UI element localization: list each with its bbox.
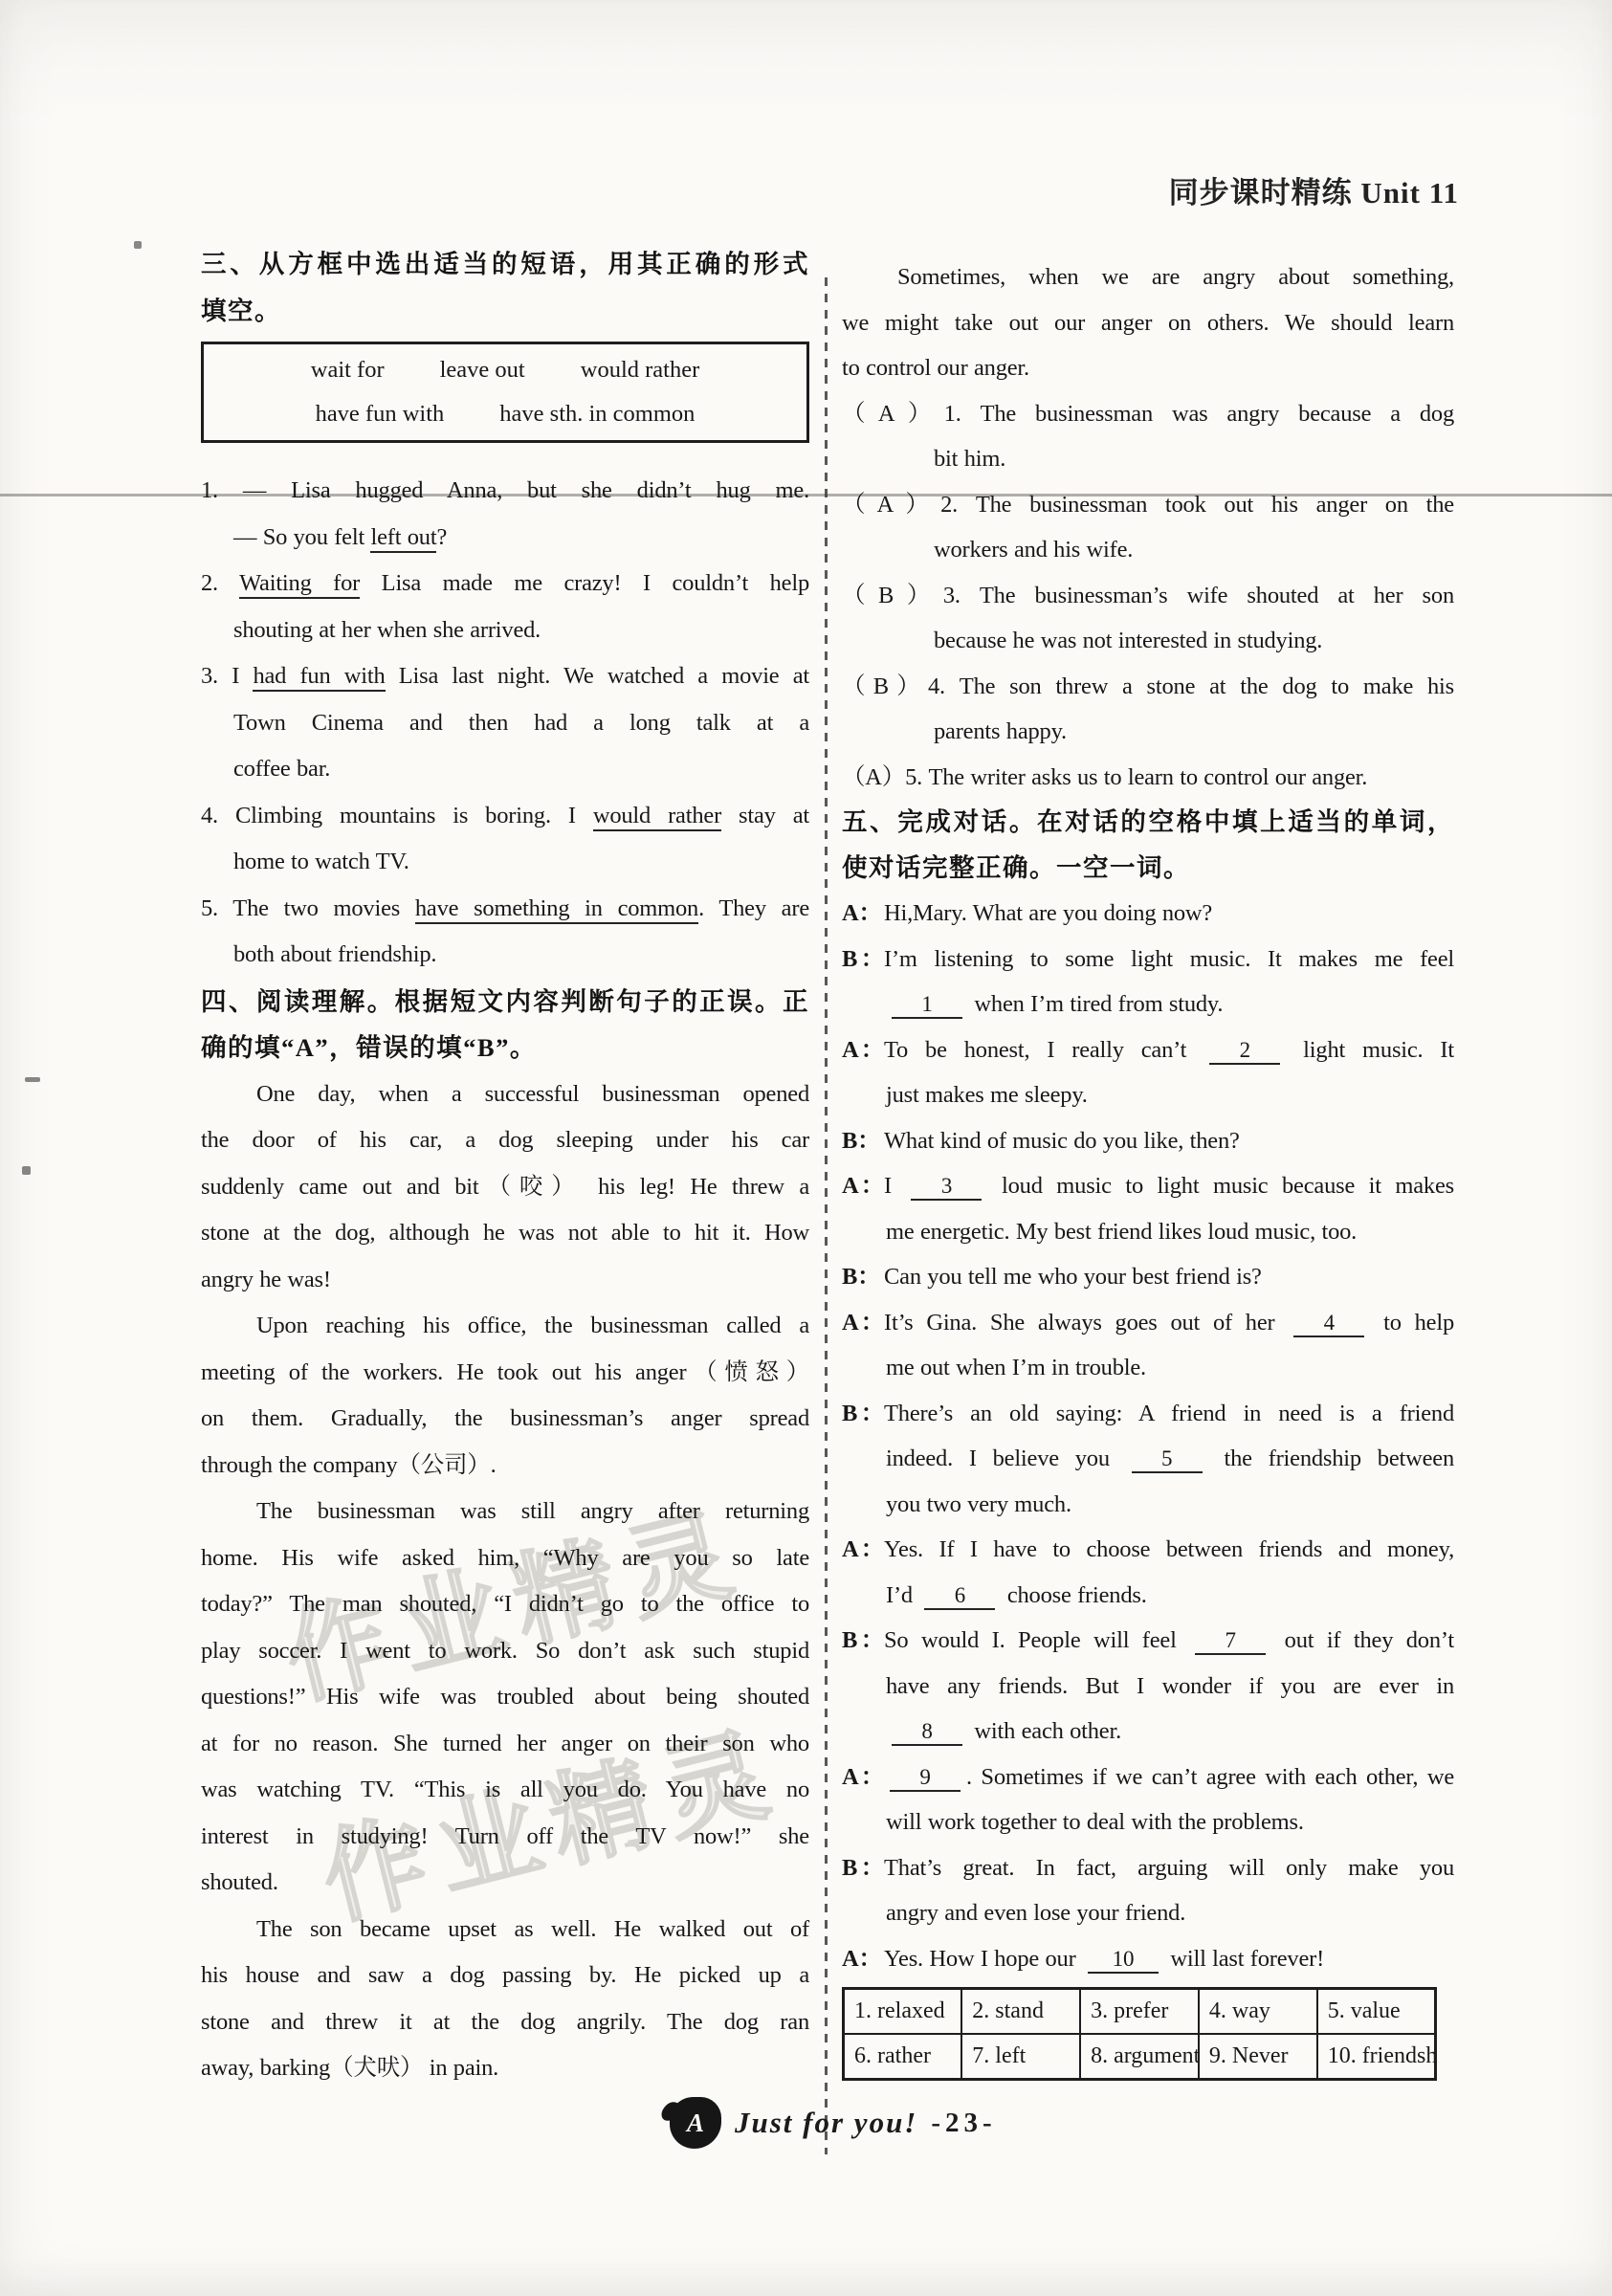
text-line: One day, when a successful businessman o… xyxy=(201,1071,809,1118)
text-line: — So you felt left out? xyxy=(201,515,809,562)
text-line: stone and threw it at the dog angrily. T… xyxy=(201,1999,809,2046)
speaker-label: A： xyxy=(842,891,884,937)
speaker-label: A： xyxy=(842,1755,884,1800)
text-segment: shouting at her when she arrived. xyxy=(233,617,541,643)
answer-table: 1. relaxed 2. stand 3. prefer 4. way 5. … xyxy=(842,1987,1437,2081)
scan-speck xyxy=(22,1166,31,1175)
text-segment: with each other. xyxy=(968,1718,1121,1744)
text-segment: have any friends. But I wonder if you ar… xyxy=(886,1673,1454,1699)
text-segment: to control our anger. xyxy=(842,355,1029,381)
speaker-label: A： xyxy=(842,1527,884,1573)
text-segment: stone at the dog, although he was not ab… xyxy=(201,1220,809,1246)
text-segment: meeting of the workers. He took out his … xyxy=(201,1359,809,1385)
text-segment: on them. Gradually, the businessman’s an… xyxy=(201,1405,809,1431)
text-line: coffee bar. xyxy=(201,746,809,793)
text-line: 五、完成对话。在对话的空格中填上适当的单词， xyxy=(842,800,1454,846)
text-line: （B）3. The businessman’s wife shouted at … xyxy=(842,573,1454,619)
blank-number: 3 xyxy=(911,1174,982,1201)
text-line: A：Hi,Mary. What are you doing now? xyxy=(842,891,1454,937)
text-line: 确的填“A”，错误的填“B”。 xyxy=(201,1025,809,1071)
text-segment: 使对话完整正确。一空一词。 xyxy=(842,853,1190,882)
text-segment: ? xyxy=(436,524,447,550)
text-segment: me out when I’m in trouble. xyxy=(886,1355,1146,1380)
answer-cell: 3. prefer xyxy=(1080,1989,1199,2035)
text-line: play soccer. I went to work. So don’t as… xyxy=(201,1628,809,1675)
text-segment: There’s an old saying: A friend in need … xyxy=(884,1401,1454,1426)
exercise3-items-and-reading-passage: 1. — Lisa hugged Anna, but she didn’t hu… xyxy=(201,468,809,2092)
speaker-label: A： xyxy=(842,1300,884,1346)
text-line: B：What kind of music do you like, then? xyxy=(842,1118,1454,1164)
text-segment: will work together to deal with the prob… xyxy=(886,1809,1304,1835)
text-segment: me energetic. My best friend likes loud … xyxy=(886,1219,1357,1245)
text-segment: 2. xyxy=(201,570,239,596)
text-segment: （B）4. The son threw a stone at the dog t… xyxy=(842,673,1454,699)
text-segment: （A）2. The businessman took out his anger… xyxy=(842,492,1454,518)
text-segment: angry he was! xyxy=(201,1267,331,1292)
text-segment: Hi,Mary. What are you doing now? xyxy=(884,900,1212,926)
text-line: 1 when I’m tired from study. xyxy=(842,982,1454,1027)
text-line: Sometimes, when we are angry about somet… xyxy=(842,254,1454,300)
text-line: B：There’s an old saying: A friend in nee… xyxy=(842,1391,1454,1437)
text-line: Town Cinema and then had a long talk at … xyxy=(201,700,809,747)
text-segment: To be honest, I really can’t xyxy=(884,1037,1203,1063)
text-segment: （B）3. The businessman’s wife shouted at … xyxy=(842,583,1454,608)
left-column: 三、从方框中选出适当的短语，用其正确的形式填空。 wait for leave … xyxy=(201,241,809,2092)
text-segment: Yes. If I have to choose between friends… xyxy=(884,1536,1454,1562)
text-segment: 4. Climbing mountains is boring. I xyxy=(201,803,593,828)
brand-logo-letter: A xyxy=(687,2108,704,2138)
speaker-label: A： xyxy=(842,1027,884,1073)
text-segment: The son became upset as well. He walked … xyxy=(256,1916,809,1942)
text-segment: coffee bar. xyxy=(233,756,330,782)
text-segment: Lisa made me crazy! I couldn’t help xyxy=(360,570,809,596)
text-line: B：That’s great. In fact, arguing will on… xyxy=(842,1845,1454,1891)
scan-speck xyxy=(25,1077,40,1082)
answer-cell: 9. Never xyxy=(1199,2034,1317,2080)
blank-number: 1 xyxy=(892,992,962,1019)
text-segment: . They are xyxy=(698,895,809,921)
text-segment: bit him. xyxy=(934,446,1005,472)
text-line: angry he was! xyxy=(201,1257,809,1304)
text-segment: you two very much. xyxy=(886,1491,1071,1517)
text-segment: at for no reason. She turned her anger o… xyxy=(201,1731,809,1756)
text-segment: we might take out our anger on others. W… xyxy=(842,310,1454,336)
text-segment: his house and saw a dog passing by. He p… xyxy=(201,1962,809,1988)
blank-number: 10 xyxy=(1088,1947,1159,1974)
exercise3-heading: 三、从方框中选出适当的短语，用其正确的形式填空。 xyxy=(201,241,809,334)
text-segment: Can you tell me who your best friend is? xyxy=(884,1264,1262,1290)
phrase-box-row: wait for leave out would rather xyxy=(213,348,797,392)
text-line: 三、从方框中选出适当的短语，用其正确的形式 xyxy=(201,241,809,288)
text-segment: Upon reaching his office, the businessma… xyxy=(256,1313,809,1338)
text-line: home. His wife asked him, “Why are you s… xyxy=(201,1535,809,1582)
text-segment: suddenly came out and bit（咬） his leg! He… xyxy=(201,1174,809,1200)
blank-number: 7 xyxy=(1195,1628,1266,1655)
text-segment: loud music to light music because it mak… xyxy=(987,1173,1454,1199)
text-segment: the door of his car, a dog sleeping unde… xyxy=(201,1127,809,1153)
text-line: I’d 6 choose friends. xyxy=(842,1573,1454,1619)
text-line: me out when I’m in trouble. xyxy=(842,1345,1454,1391)
text-line: suddenly came out and bit（咬） his leg! He… xyxy=(201,1164,809,1211)
blank-number: 6 xyxy=(924,1583,995,1610)
text-line: parents happy. xyxy=(842,709,1454,755)
text-line: home to watch TV. xyxy=(201,839,809,886)
text-line: away, barking（犬吠） in pain. xyxy=(201,2045,809,2092)
text-segment: 1. — Lisa hugged Anna, but she didn’t hu… xyxy=(201,477,809,503)
speaker-label: B： xyxy=(842,1845,884,1891)
text-line: today?” The man shouted, “I didn’t go to… xyxy=(201,1581,809,1628)
text-segment: 五、完成对话。在对话的空格中填上适当的单词， xyxy=(842,807,1454,836)
text-segment: It’s Gina. She always goes out of her xyxy=(884,1310,1288,1336)
text-line: just makes me sleepy. xyxy=(842,1072,1454,1118)
brand-text: Just for you! xyxy=(735,2106,917,2140)
text-segment: stay at xyxy=(721,803,809,828)
text-line: 4. Climbing mountains is boring. I would… xyxy=(201,793,809,840)
text-segment: （A）1. The businessman was angry because … xyxy=(842,401,1454,427)
text-line: have any friends. But I wonder if you ar… xyxy=(842,1664,1454,1710)
answer-cell: 8. argument xyxy=(1080,2034,1199,2080)
text-line: B：I’m listening to some light music. It … xyxy=(842,937,1454,982)
text-line: the door of his car, a dog sleeping unde… xyxy=(201,1117,809,1164)
text-line: 填空。 xyxy=(201,288,809,335)
text-segment: shouted. xyxy=(201,1869,278,1895)
text-segment: today?” The man shouted, “I didn’t go to… xyxy=(201,1591,809,1617)
underlined-phrase: left out xyxy=(370,524,436,553)
text-line: meeting of the workers. He took out his … xyxy=(201,1350,809,1397)
text-segment: interest in studying! Turn off the TV no… xyxy=(201,1823,809,1849)
text-line: 1. — Lisa hugged Anna, but she didn’t hu… xyxy=(201,468,809,515)
text-segment: So would I. People will feel xyxy=(884,1627,1189,1653)
text-segment: 三、从方框中选出适当的短语，用其正确的形式 xyxy=(201,250,809,278)
speaker-label: B： xyxy=(842,1118,884,1164)
text-segment: out if they don’t xyxy=(1271,1627,1454,1653)
text-segment: 填空。 xyxy=(201,297,281,325)
text-line: A：I 3 loud music to light music because … xyxy=(842,1163,1454,1209)
text-segment: workers and his wife. xyxy=(934,537,1133,563)
speaker-label: B： xyxy=(842,1254,884,1300)
text-line: to control our anger. xyxy=(842,345,1454,391)
text-line: angry and even lose your friend. xyxy=(842,1890,1454,1936)
text-line: will work together to deal with the prob… xyxy=(842,1799,1454,1845)
text-segment: I’m listening to some light music. It ma… xyxy=(884,946,1454,972)
text-line: A：Yes. How I hope our 10 will last forev… xyxy=(842,1936,1454,1982)
text-line: was watching TV. “This is all you do. Yo… xyxy=(201,1767,809,1814)
phrase: have fun with xyxy=(316,392,445,436)
text-segment: 确的填“A”，错误的填“B”。 xyxy=(201,1033,537,1062)
text-segment: Lisa last night. We watched a movie at xyxy=(386,663,809,689)
text-line: 3. I had fun with Lisa last night. We wa… xyxy=(201,653,809,700)
text-segment: light music. It xyxy=(1286,1037,1454,1063)
scan-bleed-through xyxy=(0,0,1612,124)
text-line: both about friendship. xyxy=(201,932,809,979)
speaker-label: B： xyxy=(842,1618,884,1664)
phrase: wait for xyxy=(311,348,385,392)
text-line: shouting at her when she arrived. xyxy=(201,607,809,654)
text-segment: questions!” His wife was troubled about … xyxy=(201,1684,809,1710)
blank-number: 5 xyxy=(1132,1446,1203,1473)
text-segment: I xyxy=(884,1173,905,1199)
text-line: shouted. xyxy=(201,1860,809,1907)
text-line: A：It’s Gina. She always goes out of her … xyxy=(842,1300,1454,1346)
answer-cell: 10. friendship xyxy=(1317,2034,1436,2080)
blank-number: 8 xyxy=(892,1719,962,1746)
blank-number: 4 xyxy=(1293,1311,1364,1337)
text-segment: I’d xyxy=(886,1582,918,1608)
text-line: his house and saw a dog passing by. He p… xyxy=(201,1953,809,1999)
text-line: Upon reaching his office, the businessma… xyxy=(201,1303,809,1350)
text-line: （A）5. The writer asks us to learn to con… xyxy=(842,755,1454,801)
text-segment: through the company（公司）. xyxy=(201,1452,497,1478)
blank-number: 9 xyxy=(890,1765,961,1792)
text-line: （B）4. The son threw a stone at the dog t… xyxy=(842,664,1454,710)
underlined-phrase: have something in common xyxy=(415,895,698,924)
phrase: leave out xyxy=(440,348,525,392)
page-number: -23- xyxy=(931,2108,996,2139)
text-segment: was watching TV. “This is all you do. Yo… xyxy=(201,1777,809,1802)
text-segment: away, barking（犬吠） in pain. xyxy=(201,2055,498,2081)
text-segment: One day, when a successful businessman o… xyxy=(256,1081,809,1107)
text-line: we might take out our anger on others. W… xyxy=(842,300,1454,346)
text-segment: home to watch TV. xyxy=(233,849,409,874)
text-line: stone at the dog, although he was not ab… xyxy=(201,1210,809,1257)
text-segment: — So you felt xyxy=(233,524,370,550)
text-line: The son became upset as well. He walked … xyxy=(201,1907,809,1954)
text-line: 2. Waiting for Lisa made me crazy! I cou… xyxy=(201,561,809,607)
text-line: indeed. I believe you 5 the friendship b… xyxy=(842,1436,1454,1482)
text-line: A：To be honest, I really can’t 2 light m… xyxy=(842,1027,1454,1073)
answer-cell: 7. left xyxy=(961,2034,1080,2080)
text-line: The businessman was still angry after re… xyxy=(201,1489,809,1535)
text-line: at for no reason. She turned her anger o… xyxy=(201,1721,809,1768)
text-line: B：Can you tell me who your best friend i… xyxy=(842,1254,1454,1300)
text-line: on them. Gradually, the businessman’s an… xyxy=(201,1396,809,1443)
underlined-phrase: had fun with xyxy=(253,663,385,692)
text-line: B：So would I. People will feel 7 out if … xyxy=(842,1618,1454,1664)
page-footer: A Just for you! -23- xyxy=(670,2097,997,2149)
speaker-label: A： xyxy=(842,1163,884,1209)
text-line: 四、阅读理解。根据短文内容判断句子的正误。正 xyxy=(201,979,809,1026)
phrase-box: wait for leave out would rather have fun… xyxy=(201,342,809,443)
text-line: because he was not interested in studyin… xyxy=(842,618,1454,664)
answer-cell: 1. relaxed xyxy=(844,1989,962,2035)
text-segment: Town Cinema and then had a long talk at … xyxy=(233,710,809,736)
blank-number: 2 xyxy=(1209,1038,1280,1065)
text-segment: What kind of music do you like, then? xyxy=(884,1128,1240,1154)
phrase-box-row: have fun with have sth. in common xyxy=(213,392,797,436)
phrase: have sth. in common xyxy=(499,392,695,436)
speaker-label: B： xyxy=(842,937,884,982)
brand-logo-icon: A xyxy=(670,2097,721,2149)
speaker-label: B： xyxy=(842,1391,884,1437)
text-line: A：Yes. If I have to choose between frien… xyxy=(842,1527,1454,1573)
underlined-phrase: Waiting for xyxy=(239,570,360,599)
text-segment: 5. The two movies xyxy=(201,895,415,921)
text-segment: （A）5. The writer asks us to learn to con… xyxy=(842,764,1367,790)
text-segment: the friendship between xyxy=(1208,1446,1454,1471)
page-header: 同步课时精练 Unit 11 xyxy=(1169,168,1459,211)
text-segment: That’s great. In fact, arguing will only… xyxy=(884,1855,1454,1881)
text-line: 5. The two movies have something in comm… xyxy=(201,886,809,933)
text-segment: to help xyxy=(1370,1310,1454,1336)
column-divider xyxy=(825,277,828,2154)
text-segment: . Sometimes if we can’t agree with each … xyxy=(966,1764,1454,1790)
text-line: interest in studying! Turn off the TV no… xyxy=(201,1814,809,1861)
answer-cell: 6. rather xyxy=(844,2034,962,2080)
text-segment: indeed. I believe you xyxy=(886,1446,1126,1471)
right-column-text: Sometimes, when we are angry about somet… xyxy=(842,254,1454,1981)
text-line: through the company（公司）. xyxy=(201,1443,809,1490)
text-segment: angry and even lose your friend. xyxy=(886,1900,1185,1926)
text-segment: 3. I xyxy=(201,663,253,689)
text-line: A：9. Sometimes if we can’t agree with ea… xyxy=(842,1755,1454,1800)
text-line: 使对话完整正确。一空一词。 xyxy=(842,846,1454,892)
text-line: questions!” His wife was troubled about … xyxy=(201,1674,809,1721)
answer-table-row: 1. relaxed 2. stand 3. prefer 4. way 5. … xyxy=(844,1989,1436,2035)
text-segment: 四、阅读理解。根据短文内容判断句子的正误。正 xyxy=(201,987,809,1016)
answer-cell: 2. stand xyxy=(961,1989,1080,2035)
phrase: would rather xyxy=(581,348,700,392)
text-segment: parents happy. xyxy=(934,718,1067,744)
text-line: （A）1. The businessman was angry because … xyxy=(842,391,1454,437)
text-segment: because he was not interested in studyin… xyxy=(934,628,1322,653)
text-segment: home. His wife asked him, “Why are you s… xyxy=(201,1545,809,1571)
text-segment: both about friendship. xyxy=(233,941,436,967)
text-segment: just makes me sleepy. xyxy=(886,1082,1088,1108)
text-segment: stone and threw it at the dog angrily. T… xyxy=(201,2009,809,2035)
text-segment: will last forever! xyxy=(1164,1946,1324,1972)
text-segment: Yes. How I hope our xyxy=(884,1946,1082,1972)
text-line: you two very much. xyxy=(842,1482,1454,1528)
text-segment: when I’m tired from study. xyxy=(968,991,1223,1017)
text-line: workers and his wife. xyxy=(842,527,1454,573)
text-segment: The businessman was still angry after re… xyxy=(256,1498,809,1524)
text-line: （A）2. The businessman took out his anger… xyxy=(842,482,1454,528)
text-segment: choose friends. xyxy=(1001,1582,1146,1608)
right-column: Sometimes, when we are angry about somet… xyxy=(842,254,1454,2081)
answer-table-row: 6. rather 7. left 8. argument 9. Never 1… xyxy=(844,2034,1436,2080)
text-line: bit him. xyxy=(842,436,1454,482)
workbook-page: 同步课时精练 Unit 11 作业精灵 作业精灵 三、从方框中选出适当的短语，用… xyxy=(0,0,1612,2296)
answer-cell: 5. value xyxy=(1317,1989,1436,2035)
underlined-phrase: would rather xyxy=(593,803,721,831)
text-segment: Sometimes, when we are angry about somet… xyxy=(897,264,1454,290)
answer-cell: 4. way xyxy=(1199,1989,1317,2035)
text-line: me energetic. My best friend likes loud … xyxy=(842,1209,1454,1255)
speaker-label: A： xyxy=(842,1936,884,1982)
text-line: 8 with each other. xyxy=(842,1709,1454,1755)
text-segment: play soccer. I went to work. So don’t as… xyxy=(201,1638,809,1664)
scan-speck xyxy=(134,241,142,249)
